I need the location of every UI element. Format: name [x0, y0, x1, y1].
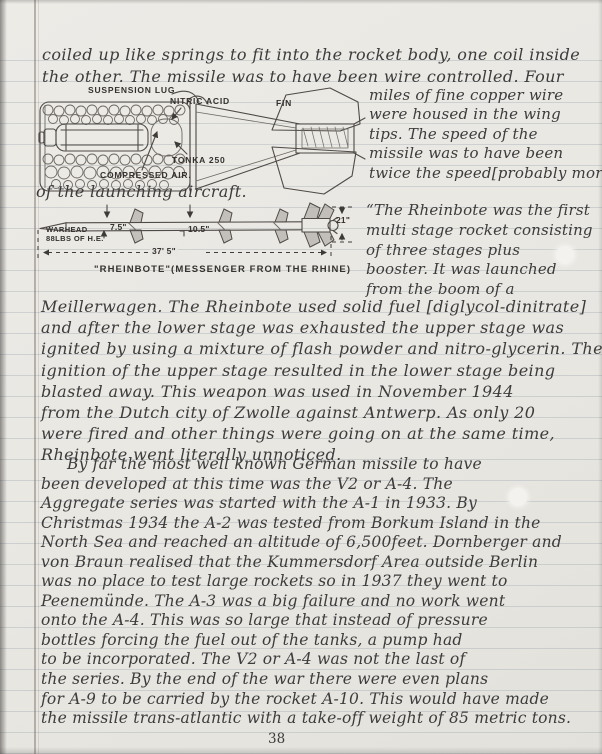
handwritten-line: Aggregate series was started with the A-… [41, 494, 571, 514]
scan-edge-left [0, 0, 7, 754]
handwritten-line: tips. The speed of the [369, 125, 602, 144]
paragraph-right-b: “The Rheinbote was the first multi stage… [366, 201, 593, 300]
tail-boom [190, 102, 300, 191]
handwritten-line: twice the speed[probably more] [369, 164, 602, 183]
scan-edge-bottom [0, 747, 602, 754]
handwritten-line: were fired and other things were going o… [41, 423, 602, 444]
nitric-acid-label: NITRIC ACID [170, 96, 230, 106]
dimension-10-5: 10.5" [188, 224, 210, 234]
nitric-acid-tank [151, 119, 182, 156]
handwritten-line: ignition of the upper stage resulted in … [41, 360, 602, 381]
warhead-cylinder [39, 124, 148, 151]
lower-fin [272, 147, 356, 194]
handwritten-line: from the Dutch city of Zwolle against An… [41, 402, 602, 423]
handwritten-line: onto the A-4. This was so large that ins… [41, 611, 571, 631]
handwritten-line: the series. By the end of the war there … [41, 670, 571, 690]
warhead-label: WARHEAD [46, 225, 88, 234]
fin-label: FIN [276, 98, 292, 108]
handwritten-line: blasted away. This weapon was used in No… [41, 381, 602, 402]
tonka-arrow [175, 142, 187, 154]
handwritten-line: multi stage rocket consisting [366, 221, 593, 241]
handwritten-line: to be incorporated. The V2 or A-4 was no… [41, 650, 571, 670]
handwritten-line: booster. It was launched [366, 260, 593, 280]
handwritten-line: coiled up like springs to fit into the r… [42, 44, 580, 66]
paragraph-2: By far the most well known German missil… [41, 455, 571, 729]
handwritten-line: were housed in the wing [369, 105, 602, 124]
handwritten-line: of three stages plus [366, 241, 593, 261]
handwritten-line: von Braun realised that the Kummersdorf … [41, 553, 571, 573]
page-number: 38 [268, 731, 285, 747]
dimension-37-5: 37' 5" [150, 246, 178, 256]
compressed-air-label: COMPRESSED AIR. [100, 170, 192, 180]
dimension-21: 21" [336, 215, 350, 225]
notebook-page: coiled up like springs to fit into the r… [0, 0, 602, 754]
rheinbote-caption: "RHEINBOTE"(MESSENGER FROM THE RHINE) [94, 264, 351, 275]
tonka-label: TONKA 250 [172, 155, 226, 165]
handwritten-line: and after the lower stage was exhausted … [41, 317, 602, 338]
warhead-weight-label: 88LBS OF H.E. [46, 234, 104, 243]
suspension-lug-label: SUSPENSION LUG [88, 85, 175, 95]
handwritten-line: Christmas 1934 the A-2 was tested from B… [41, 514, 571, 534]
handwritten-line: for A-9 to be carried by the rocket A-10… [41, 690, 571, 710]
paragraph-right-a: miles of fine copper wire were housed in… [369, 86, 602, 183]
scan-edge-top [0, 0, 602, 4]
fin-clusters [128, 203, 334, 247]
handwritten-line: “The Rheinbote was the first [366, 201, 593, 221]
paragraph-1: Meillerwagen. The Rheinbote used solid f… [41, 296, 602, 466]
handwritten-line: been developed at this time was the V2 o… [41, 475, 571, 495]
handwritten-line: was no place to test large rockets so in… [41, 572, 571, 592]
handwritten-line: miles of fine copper wire [369, 86, 602, 105]
handwritten-line: missile was to have been [369, 144, 602, 163]
handwritten-line: Meillerwagen. The Rheinbote used solid f… [41, 296, 602, 317]
dimension-7-5: 7.5" [110, 222, 127, 232]
handwritten-line: the missile trans-atlantic with a take-o… [41, 709, 571, 729]
handwritten-line: North Sea and reached an altitude of 6,5… [41, 533, 571, 553]
handwritten-line: bottles forcing the fuel out of the tank… [41, 631, 571, 651]
handwritten-line: Peenemünde. The A-3 was a big failure an… [41, 592, 571, 612]
combustion-chamber [296, 118, 365, 159]
handwritten-line: By far the most well known German missil… [41, 455, 571, 475]
handwritten-line: ignited by using a mixture of flash powd… [41, 338, 602, 359]
